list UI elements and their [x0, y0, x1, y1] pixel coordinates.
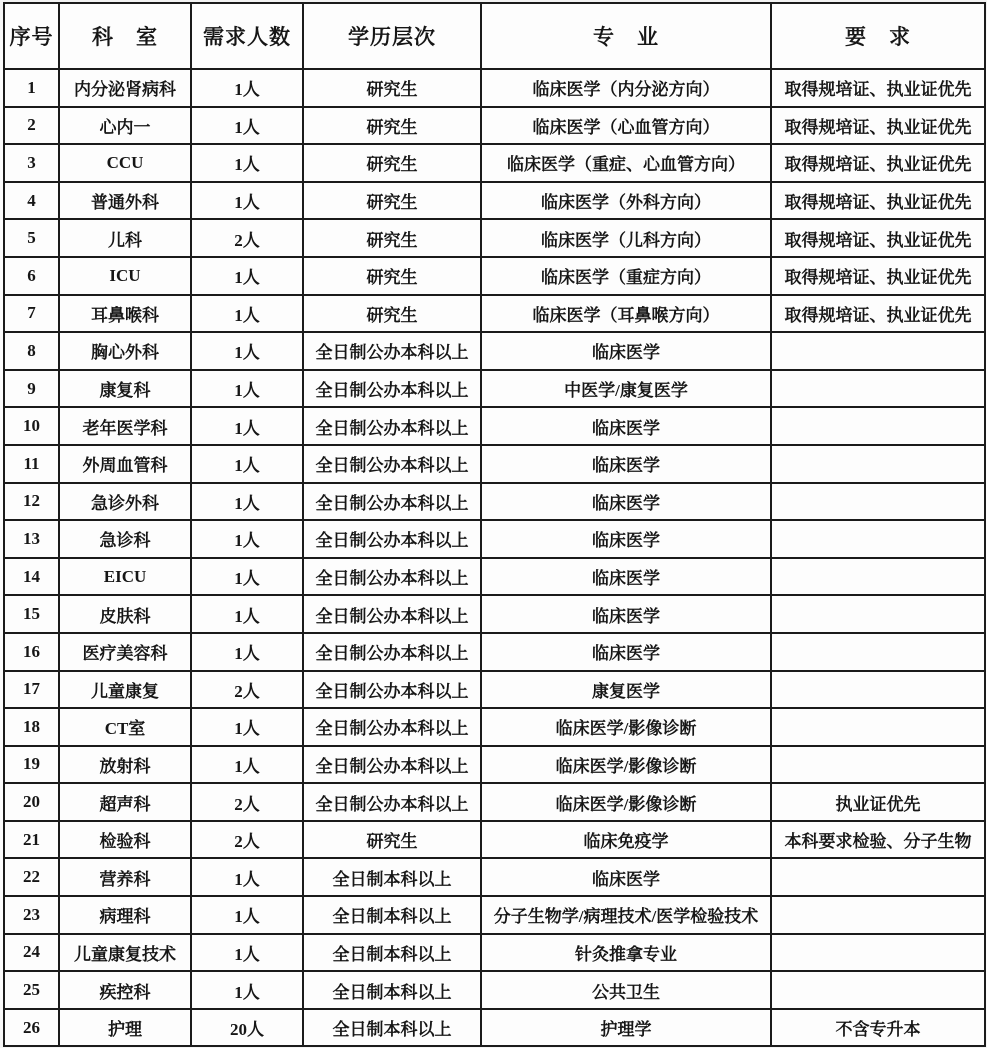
- cell-index: 26: [4, 1009, 59, 1047]
- cell-education: 研究生: [303, 257, 481, 295]
- header-headcount: 需求人数: [191, 3, 303, 69]
- table-row: 12急诊外科1人全日制公办本科以上临床医学: [4, 483, 985, 521]
- cell-department: 耳鼻喉科: [59, 295, 191, 333]
- cell-department: 儿童康复技术: [59, 934, 191, 972]
- table-row: 15皮肤科1人全日制公办本科以上临床医学: [4, 595, 985, 633]
- cell-education: 全日制公办本科以上: [303, 370, 481, 408]
- table-row: 16医疗美容科1人全日制公办本科以上临床医学: [4, 633, 985, 671]
- cell-headcount: 2人: [191, 671, 303, 709]
- cell-requirement: [771, 520, 985, 558]
- cell-education: 全日制公办本科以上: [303, 407, 481, 445]
- cell-index: 12: [4, 483, 59, 521]
- cell-requirement: [771, 971, 985, 1009]
- cell-education: 研究生: [303, 219, 481, 257]
- cell-major: 康复医学: [481, 671, 771, 709]
- cell-requirement: [771, 896, 985, 934]
- cell-education: 全日制公办本科以上: [303, 746, 481, 784]
- cell-major: 临床医学/影像诊断: [481, 746, 771, 784]
- cell-education: 研究生: [303, 144, 481, 182]
- header-major: 专 业: [481, 3, 771, 69]
- cell-headcount: 1人: [191, 595, 303, 633]
- cell-headcount: 20人: [191, 1009, 303, 1047]
- cell-requirement: [771, 746, 985, 784]
- cell-education: 全日制本科以上: [303, 858, 481, 896]
- cell-headcount: 1人: [191, 896, 303, 934]
- cell-index: 19: [4, 746, 59, 784]
- cell-requirement: 取得规培证、执业证优先: [771, 219, 985, 257]
- cell-education: 全日制公办本科以上: [303, 558, 481, 596]
- cell-index: 6: [4, 257, 59, 295]
- table-row: 14EICU1人全日制公办本科以上临床医学: [4, 558, 985, 596]
- cell-department: EICU: [59, 558, 191, 596]
- cell-department: 老年医学科: [59, 407, 191, 445]
- cell-index: 15: [4, 595, 59, 633]
- cell-education: 研究生: [303, 295, 481, 333]
- cell-requirement: [771, 708, 985, 746]
- cell-major: 临床医学: [481, 445, 771, 483]
- cell-education: 全日制本科以上: [303, 1009, 481, 1047]
- cell-department: 儿童康复: [59, 671, 191, 709]
- cell-requirement: [771, 483, 985, 521]
- cell-requirement: 取得规培证、执业证优先: [771, 144, 985, 182]
- cell-major: 公共卫生: [481, 971, 771, 1009]
- cell-index: 17: [4, 671, 59, 709]
- cell-requirement: [771, 332, 985, 370]
- cell-index: 13: [4, 520, 59, 558]
- cell-index: 18: [4, 708, 59, 746]
- cell-education: 全日制公办本科以上: [303, 595, 481, 633]
- cell-headcount: 1人: [191, 332, 303, 370]
- cell-major: 临床医学: [481, 332, 771, 370]
- cell-requirement: [771, 370, 985, 408]
- table-row: 3CCU1人研究生临床医学（重症、心血管方向）取得规培证、执业证优先: [4, 144, 985, 182]
- table-row: 20超声科2人全日制公办本科以上临床医学/影像诊断执业证优先: [4, 783, 985, 821]
- cell-headcount: 1人: [191, 483, 303, 521]
- header-education: 学历层次: [303, 3, 481, 69]
- cell-education: 全日制公办本科以上: [303, 445, 481, 483]
- cell-headcount: 1人: [191, 445, 303, 483]
- cell-department: CT室: [59, 708, 191, 746]
- cell-education: 研究生: [303, 821, 481, 859]
- cell-education: 全日制公办本科以上: [303, 671, 481, 709]
- header-department: 科 室: [59, 3, 191, 69]
- cell-department: 医疗美容科: [59, 633, 191, 671]
- cell-requirement: [771, 558, 985, 596]
- cell-headcount: 1人: [191, 633, 303, 671]
- table-row: 25疾控科1人全日制本科以上公共卫生: [4, 971, 985, 1009]
- cell-department: 皮肤科: [59, 595, 191, 633]
- cell-education: 全日制公办本科以上: [303, 332, 481, 370]
- cell-department: 康复科: [59, 370, 191, 408]
- cell-education: 研究生: [303, 69, 481, 107]
- cell-education: 全日制公办本科以上: [303, 483, 481, 521]
- cell-requirement: [771, 671, 985, 709]
- cell-major: 临床医学（重症、心血管方向）: [481, 144, 771, 182]
- cell-index: 24: [4, 934, 59, 972]
- cell-headcount: 1人: [191, 295, 303, 333]
- cell-department: 儿科: [59, 219, 191, 257]
- cell-headcount: 1人: [191, 858, 303, 896]
- cell-department: 内分泌肾病科: [59, 69, 191, 107]
- cell-index: 3: [4, 144, 59, 182]
- cell-education: 全日制本科以上: [303, 971, 481, 1009]
- table-row: 17儿童康复2人全日制公办本科以上康复医学: [4, 671, 985, 709]
- cell-headcount: 1人: [191, 182, 303, 220]
- cell-index: 16: [4, 633, 59, 671]
- table-row: 2心内一1人研究生临床医学（心血管方向）取得规培证、执业证优先: [4, 107, 985, 145]
- cell-department: 营养科: [59, 858, 191, 896]
- cell-department: 放射科: [59, 746, 191, 784]
- cell-requirement: [771, 934, 985, 972]
- cell-requirement: [771, 858, 985, 896]
- cell-major: 护理学: [481, 1009, 771, 1047]
- cell-index: 22: [4, 858, 59, 896]
- cell-department: 外周血管科: [59, 445, 191, 483]
- cell-headcount: 1人: [191, 520, 303, 558]
- header-index: 序号: [4, 3, 59, 69]
- table-row: 7耳鼻喉科1人研究生临床医学（耳鼻喉方向）取得规培证、执业证优先: [4, 295, 985, 333]
- cell-requirement: [771, 407, 985, 445]
- cell-headcount: 1人: [191, 407, 303, 445]
- cell-education: 全日制本科以上: [303, 896, 481, 934]
- cell-department: 检验科: [59, 821, 191, 859]
- cell-requirement: 本科要求检验、分子生物: [771, 821, 985, 859]
- table-row: 24儿童康复技术1人全日制本科以上针灸推拿专业: [4, 934, 985, 972]
- table-row: 8胸心外科1人全日制公办本科以上临床医学: [4, 332, 985, 370]
- document-sheet: 序号 科 室 需求人数 学历层次 专 业 要 求 1内分泌肾病科1人研究生临床医…: [0, 0, 987, 1048]
- cell-major: 临床免疫学: [481, 821, 771, 859]
- cell-index: 8: [4, 332, 59, 370]
- cell-index: 14: [4, 558, 59, 596]
- table-row: 6ICU1人研究生临床医学（重症方向）取得规培证、执业证优先: [4, 257, 985, 295]
- cell-department: CCU: [59, 144, 191, 182]
- cell-requirement: [771, 445, 985, 483]
- table-row: 26护理20人全日制本科以上护理学不含专升本: [4, 1009, 985, 1047]
- cell-headcount: 2人: [191, 821, 303, 859]
- cell-major: 临床医学: [481, 858, 771, 896]
- cell-headcount: 1人: [191, 107, 303, 145]
- cell-department: 疾控科: [59, 971, 191, 1009]
- cell-major: 临床医学（心血管方向）: [481, 107, 771, 145]
- cell-index: 7: [4, 295, 59, 333]
- cell-major: 临床医学: [481, 633, 771, 671]
- cell-department: 护理: [59, 1009, 191, 1047]
- cell-requirement: 取得规培证、执业证优先: [771, 182, 985, 220]
- cell-department: 超声科: [59, 783, 191, 821]
- cell-department: 普通外科: [59, 182, 191, 220]
- cell-index: 5: [4, 219, 59, 257]
- cell-department: 急诊科: [59, 520, 191, 558]
- cell-major: 临床医学（耳鼻喉方向）: [481, 295, 771, 333]
- cell-department: 胸心外科: [59, 332, 191, 370]
- cell-department: 急诊外科: [59, 483, 191, 521]
- cell-education: 全日制公办本科以上: [303, 633, 481, 671]
- cell-major: 临床医学（重症方向）: [481, 257, 771, 295]
- cell-headcount: 1人: [191, 708, 303, 746]
- cell-education: 研究生: [303, 107, 481, 145]
- cell-headcount: 2人: [191, 219, 303, 257]
- cell-major: 临床医学: [481, 407, 771, 445]
- cell-major: 临床医学（内分泌方向）: [481, 69, 771, 107]
- cell-department: 病理科: [59, 896, 191, 934]
- cell-index: 10: [4, 407, 59, 445]
- cell-index: 4: [4, 182, 59, 220]
- cell-requirement: 取得规培证、执业证优先: [771, 69, 985, 107]
- table-row: 22营养科1人全日制本科以上临床医学: [4, 858, 985, 896]
- cell-education: 研究生: [303, 182, 481, 220]
- table-row: 21检验科2人研究生临床免疫学本科要求检验、分子生物: [4, 821, 985, 859]
- table-body: 1内分泌肾病科1人研究生临床医学（内分泌方向）取得规培证、执业证优先2心内一1人…: [4, 69, 985, 1046]
- table-row: 18CT室1人全日制公办本科以上临床医学/影像诊断: [4, 708, 985, 746]
- cell-education: 全日制本科以上: [303, 934, 481, 972]
- cell-requirement: [771, 595, 985, 633]
- table-row: 4普通外科1人研究生临床医学（外科方向）取得规培证、执业证优先: [4, 182, 985, 220]
- cell-major: 临床医学（外科方向）: [481, 182, 771, 220]
- table-row: 11外周血管科1人全日制公办本科以上临床医学: [4, 445, 985, 483]
- table-row: 13急诊科1人全日制公办本科以上临床医学: [4, 520, 985, 558]
- cell-major: 临床医学/影像诊断: [481, 708, 771, 746]
- cell-index: 21: [4, 821, 59, 859]
- cell-headcount: 1人: [191, 934, 303, 972]
- cell-headcount: 2人: [191, 783, 303, 821]
- cell-department: 心内一: [59, 107, 191, 145]
- cell-requirement: 执业证优先: [771, 783, 985, 821]
- cell-major: 临床医学: [481, 558, 771, 596]
- cell-major: 临床医学/影像诊断: [481, 783, 771, 821]
- recruitment-table: 序号 科 室 需求人数 学历层次 专 业 要 求 1内分泌肾病科1人研究生临床医…: [3, 2, 986, 1047]
- cell-education: 全日制公办本科以上: [303, 520, 481, 558]
- cell-headcount: 1人: [191, 558, 303, 596]
- table-row: 5儿科2人研究生临床医学（儿科方向）取得规培证、执业证优先: [4, 219, 985, 257]
- cell-requirement: 取得规培证、执业证优先: [771, 257, 985, 295]
- cell-education: 全日制公办本科以上: [303, 708, 481, 746]
- table-row: 23病理科1人全日制本科以上分子生物学/病理技术/医学检验技术: [4, 896, 985, 934]
- cell-major: 分子生物学/病理技术/医学检验技术: [481, 896, 771, 934]
- cell-major: 中医学/康复医学: [481, 370, 771, 408]
- header-row: 序号 科 室 需求人数 学历层次 专 业 要 求: [4, 3, 985, 69]
- cell-index: 23: [4, 896, 59, 934]
- cell-education: 全日制公办本科以上: [303, 783, 481, 821]
- cell-requirement: 不含专升本: [771, 1009, 985, 1047]
- cell-requirement: 取得规培证、执业证优先: [771, 107, 985, 145]
- table-row: 9康复科1人全日制公办本科以上中医学/康复医学: [4, 370, 985, 408]
- table-row: 10老年医学科1人全日制公办本科以上临床医学: [4, 407, 985, 445]
- cell-major: 针灸推拿专业: [481, 934, 771, 972]
- cell-requirement: [771, 633, 985, 671]
- cell-headcount: 1人: [191, 144, 303, 182]
- cell-index: 20: [4, 783, 59, 821]
- cell-headcount: 1人: [191, 971, 303, 1009]
- cell-requirement: 取得规培证、执业证优先: [771, 295, 985, 333]
- cell-headcount: 1人: [191, 257, 303, 295]
- cell-index: 11: [4, 445, 59, 483]
- table-row: 1内分泌肾病科1人研究生临床医学（内分泌方向）取得规培证、执业证优先: [4, 69, 985, 107]
- cell-headcount: 1人: [191, 370, 303, 408]
- cell-headcount: 1人: [191, 69, 303, 107]
- header-requirement: 要 求: [771, 3, 985, 69]
- cell-headcount: 1人: [191, 746, 303, 784]
- cell-department: ICU: [59, 257, 191, 295]
- table-header: 序号 科 室 需求人数 学历层次 专 业 要 求: [4, 3, 985, 69]
- cell-index: 25: [4, 971, 59, 1009]
- cell-major: 临床医学（儿科方向）: [481, 219, 771, 257]
- table-row: 19放射科1人全日制公办本科以上临床医学/影像诊断: [4, 746, 985, 784]
- cell-index: 9: [4, 370, 59, 408]
- cell-index: 1: [4, 69, 59, 107]
- cell-index: 2: [4, 107, 59, 145]
- cell-major: 临床医学: [481, 520, 771, 558]
- cell-major: 临床医学: [481, 595, 771, 633]
- cell-major: 临床医学: [481, 483, 771, 521]
